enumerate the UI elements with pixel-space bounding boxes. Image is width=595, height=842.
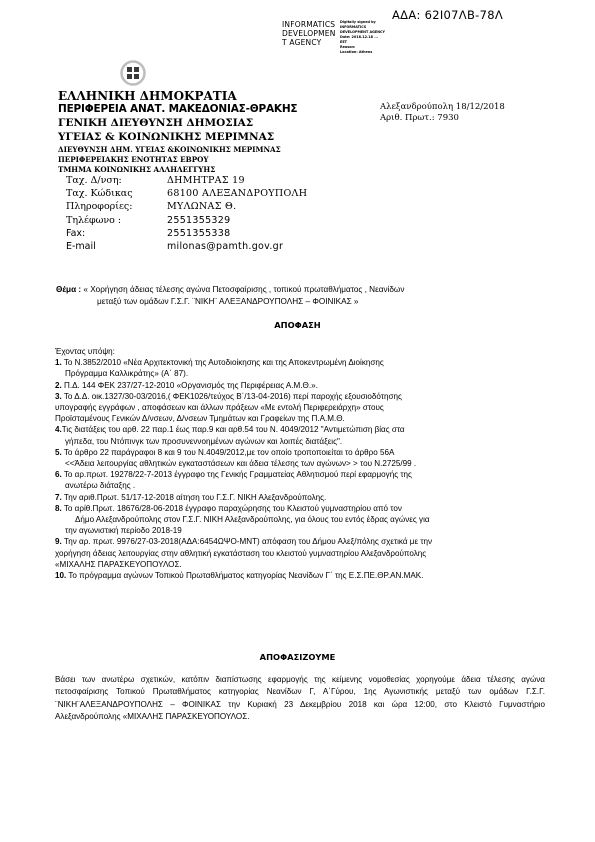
item-text: χορήγηση άδειας λειτουργίας στην αθλητικ… xyxy=(55,548,555,559)
place-date: Αλεξανδρούπολη 18/12/2018 xyxy=(380,102,505,113)
item-text: Το Ν.3852/2010 «Νέα Αρχιτεκτονική της Αυ… xyxy=(64,358,384,367)
consideration-item: 3. Το Δ.Δ. οικ.1327/30-03/2016,( ΦΕΚ1026… xyxy=(55,391,555,402)
contact-row-phone: Τηλέφωνο : 2551355329 xyxy=(66,214,307,227)
we-decide-title: ΑΠΟΦΑΣΙΖΟΥΜΕ xyxy=(0,652,595,662)
item-number: 9. xyxy=(55,537,62,546)
item-number: 1. xyxy=(55,358,62,367)
general-directorate-line2: ΥΓΕΙΑΣ & ΚΟΙΝΩΝΙΚΗΣ ΜΕΡΙΜΝΑΣ xyxy=(58,131,274,143)
contact-row-postcode: Ταχ. Κώδικας 68100 ΑΛΕΞΑΝΔΡΟΥΠΟΛΗ xyxy=(66,187,307,200)
subject-line2: μεταξύ των ομάδων Γ.Σ.Γ. ¨ΝΙΚΗ¨ ΑΛΕΞΑΝΔΡ… xyxy=(56,296,516,308)
item-text: υπογραφής εγγράφων , αποφάσεων και άλλων… xyxy=(55,402,555,413)
greek-emblem-icon xyxy=(120,60,146,86)
considerations: Έχοντας υπόψη: 1. Το Ν.3852/2010 «Νέα Αρ… xyxy=(55,346,555,581)
item-text: Το πρόγραμμα αγώνων Τοπικού Πρωταθλήματο… xyxy=(68,571,423,580)
signature-detail: Location: Athens xyxy=(340,50,385,55)
contact-label: E-mail xyxy=(66,240,167,253)
item-text: Προϊσταμένους Γενικών Δ/νσεων, Δ/νσεων Τ… xyxy=(55,413,555,424)
consideration-item: 8. Το αρίθ.Πρωτ. 18676/28-06-2018 έγγραφ… xyxy=(55,503,555,514)
contact-label: Ταχ. Δ/νση: xyxy=(66,174,167,187)
general-directorate-line1: ΓΕΝΙΚΗ ΔΙΕΥΘΥΝΣΗ ΔΗΜΟΣΙΑΣ xyxy=(58,117,253,129)
consideration-item: 7. Την αριθ.Πρωτ. 51/17-12-2018 αίτηση τ… xyxy=(55,492,555,503)
contact-row-address: Ταχ. Δ/νση: ΔΗΜΗΤΡΑΣ 19 xyxy=(66,174,307,187)
consideration-item: 5. Το άρθρο 22 παράγραφοι 8 και 9 του Ν.… xyxy=(55,447,555,458)
item-text: <<Άδεια λειτουργίας αθλητικών εγκαταστάσ… xyxy=(55,458,555,469)
contact-row-fax: Fax: 2551355338 xyxy=(66,227,307,240)
item-text: Το αρίθ.Πρωτ. 18676/28-06-2018 έγγραφο π… xyxy=(64,504,402,513)
subject-label: Θέμα : xyxy=(56,285,81,294)
item-text: ανωτέρω διάταξης . xyxy=(55,480,555,491)
subject: Θέμα : « Χορήγηση άδειας τέλεσης αγώνα Π… xyxy=(56,284,516,308)
department: ΤΜΗΜΑ ΚΟΙΝΩΝΙΚΗΣ ΑΛΛΗΛΕΓΓΥΗΣ xyxy=(58,165,215,174)
contact-value: ΜΥΛΩΝΑΣ Θ. xyxy=(167,200,236,213)
decision-paragraph: Βάσει των ανωτέρω σχετικών, κατόπιν διαπ… xyxy=(55,674,545,723)
item-text: Π.Δ. 144 ΦΕΚ 237/27-12-2010 «Οργανισμός … xyxy=(64,381,318,390)
contact-label: Fax: xyxy=(66,227,167,240)
considering-label: Έχοντας υπόψη: xyxy=(55,346,555,357)
consideration-item: 4.Τις διατάξεις του αρθ. 22 παρ.1 έως πα… xyxy=(55,424,555,435)
consideration-item: 2. Π.Δ. 144 ΦΕΚ 237/27-12-2010 «Οργανισμ… xyxy=(55,380,555,391)
directorate: ΔΙΕΥΘΥΝΣΗ ΔΗΜ. ΥΓΕΙΑΣ &ΚΟΙΝΩΝΙΚΗΣ ΜΕΡΙΜΝ… xyxy=(58,145,281,154)
contact-row-email: E-mail milonas@pamth.gov.gr xyxy=(66,240,307,253)
decision-title: ΑΠΟΦΑΣΗ xyxy=(0,320,595,330)
item-text: γήπεδα, του Ντόπινγκ των προσυνεννοημένω… xyxy=(55,436,555,447)
regional-unit: ΠΕΡΙΦΕΡΕΙΑΚΗΣ ΕΝΟΤΗΤΑΣ ΕΒΡΟΥ xyxy=(58,155,209,164)
subject-line1: « Χορήγηση άδειας τέλεσης αγώνα Πετοσφαί… xyxy=(83,285,404,294)
consideration-item: 6. Το αρ.πρωτ. 19278/22-7-2013 έγγραφο τ… xyxy=(55,469,555,480)
contact-info: Ταχ. Δ/νση: ΔΗΜΗΤΡΑΣ 19 Ταχ. Κώδικας 681… xyxy=(66,174,307,253)
item-number: 5. xyxy=(55,448,62,457)
item-number: 3. xyxy=(55,392,62,401)
contact-value: 2551355329 xyxy=(167,214,230,227)
ada-code: ΑΔΑ: 62Ι07ΛΒ-78Λ xyxy=(392,8,503,22)
consideration-item: 9. Την αρ. πρωτ. 9976/27-03-2018(ΑΔΑ:645… xyxy=(55,536,555,547)
contact-value: 68100 ΑΛΕΞΑΝΔΡΟΥΠΟΛΗ xyxy=(167,187,307,200)
item-number: 8. xyxy=(55,504,62,513)
contact-value: ΔΗΜΗΤΡΑΣ 19 xyxy=(167,174,245,187)
item-text: «ΜΙΧΑΛΗΣ ΠΑΡΑΣΚΕΥΟΠΟΥΛΟΣ. xyxy=(55,559,555,570)
item-text: Τις διατάξεις του αρθ. 22 παρ.1 έως παρ.… xyxy=(62,425,405,434)
item-text: Το Δ.Δ. οικ.1327/30-03/2016,( ΦΕΚ1026/τε… xyxy=(64,392,402,401)
item-text: Την αρ. πρωτ. 9976/27-03-2018(ΑΔΑ:6454ΩΨ… xyxy=(64,537,432,546)
signature-line: INFORMATICS xyxy=(282,20,336,29)
contact-label: Ταχ. Κώδικας xyxy=(66,187,167,200)
item-text: Δήμο Αλεξανδρούπολης στον Γ.Σ.Γ. ΝΙΚΗ Αλ… xyxy=(55,514,555,525)
republic-title: ΕΛΛΗΝΙΚΗ ΔΗΜΟΚΡΑΤΙΑ xyxy=(58,89,237,103)
item-text: Την αριθ.Πρωτ. 51/17-12-2018 αίτηση του … xyxy=(64,493,326,502)
date-block: Αλεξανδρούπολη 18/12/2018 Αριθ. Πρωτ.: 7… xyxy=(380,102,505,124)
consideration-item: 10. Το πρόγραμμα αγώνων Τοπικού Πρωταθλή… xyxy=(55,570,555,581)
email-link[interactable]: milonas@pamth.gov.gr xyxy=(167,240,283,253)
item-number: 10. xyxy=(55,571,66,580)
contact-label: Τηλέφωνο : xyxy=(66,214,167,227)
region-title: ΠΕΡΙΦΕΡΕΙΑ ΑΝΑΤ. ΜΑΚΕΔΟΝΙΑΣ-ΘΡΑΚΗΣ xyxy=(58,103,297,115)
contact-row-info: Πληροφορίες: ΜΥΛΩΝΑΣ Θ. xyxy=(66,200,307,213)
digital-signature: INFORMATICS DEVELOPMEN T AGENCY xyxy=(282,20,336,47)
item-number: 4. xyxy=(55,425,62,434)
protocol-number: Αριθ. Πρωτ.: 7930 xyxy=(380,113,505,124)
signature-line: DEVELOPMEN xyxy=(282,29,336,38)
item-text: Πρόγραμμα Καλλικράτης» (Α΄ 87). xyxy=(55,368,555,379)
consideration-item: 1. Το Ν.3852/2010 «Νέα Αρχιτεκτονική της… xyxy=(55,357,555,368)
contact-label: Πληροφορίες: xyxy=(66,200,167,213)
item-number: 6. xyxy=(55,470,62,479)
item-number: 2. xyxy=(55,381,62,390)
item-text: την αγωνιστική περίοδο 2018-19 xyxy=(55,525,555,536)
contact-value: 2551355338 xyxy=(167,227,230,240)
signature-line: T AGENCY xyxy=(282,38,336,47)
item-text: Το αρ.πρωτ. 19278/22-7-2013 έγγραφο της … xyxy=(64,470,412,479)
item-number: 7. xyxy=(55,493,62,502)
signature-details: Digitally signed by INFORMATICS DEVELOPM… xyxy=(340,20,385,55)
item-text: Το άρθρο 22 παράγραφοι 8 και 9 του Ν.404… xyxy=(64,448,395,457)
